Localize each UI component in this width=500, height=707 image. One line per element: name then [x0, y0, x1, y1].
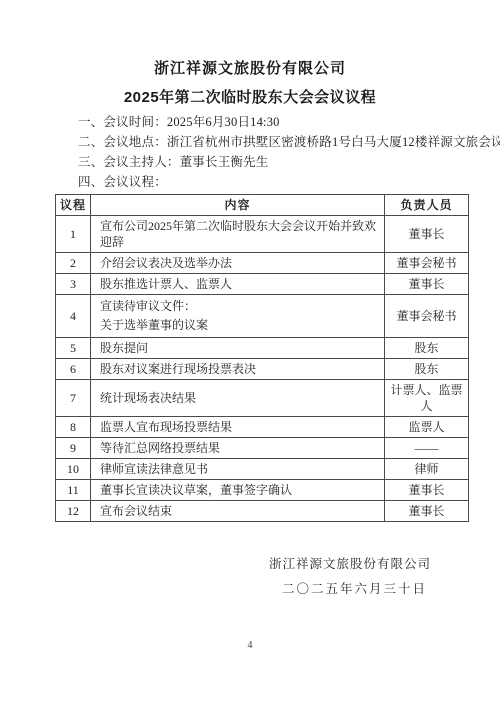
agenda-no: 8 — [56, 417, 91, 438]
agenda-owner: 董事长 — [385, 274, 469, 295]
agenda-no: 10 — [56, 459, 91, 480]
agenda-no: 12 — [56, 501, 91, 522]
agenda-owner: 董事长 — [385, 480, 469, 501]
agenda-content: 介绍会议表决及选举办法 — [91, 253, 385, 274]
agenda-no: 9 — [56, 438, 91, 459]
agenda-content: 宣布公司2025年第二次临时股东大会会议开始并致欢迎辞 — [91, 216, 385, 253]
signature-block: 浙江祥源文旅股份有限公司 二〇二五年六月三十日 — [53, 552, 447, 602]
table-row: 12 宣布会议结束 董事长 — [56, 501, 469, 522]
agenda-owner: 股东 — [385, 359, 469, 380]
agenda-content: 等待汇总网络投票结果 — [91, 438, 385, 459]
meeting-agenda-label: 四、会议议程： — [78, 172, 447, 192]
table-row: 2 介绍会议表决及选举办法 董事会秘书 — [56, 253, 469, 274]
signature-company: 浙江祥源文旅股份有限公司 — [53, 552, 431, 577]
table-row: 6 股东对议案进行现场投票表决 股东 — [56, 359, 469, 380]
meeting-info-list: 一、会议时间：2025年6月30日14:30 二、会议地点：浙江省杭州市拱墅区密… — [78, 112, 447, 192]
header-owner: 负责人员 — [385, 195, 469, 216]
agenda-content: 统计现场表决结果 — [91, 380, 385, 417]
table-row: 3 股东推选计票人、监票人 董事长 — [56, 274, 469, 295]
table-row: 7 统计现场表决结果 计票人、监票人 — [56, 380, 469, 417]
agenda-content: 监票人宣布现场投票结果 — [91, 417, 385, 438]
agenda-content: 宣布会议结束 — [91, 501, 385, 522]
agenda-no: 1 — [56, 216, 91, 253]
agenda-content: 宣读待审议文件： 关于选举董事的议案 — [91, 295, 385, 338]
agenda-no: 6 — [56, 359, 91, 380]
header-content: 内容 — [91, 195, 385, 216]
agenda-owner: 律师 — [385, 459, 469, 480]
table-row: 5 股东提问 股东 — [56, 338, 469, 359]
company-title: 浙江祥源文旅股份有限公司 — [53, 58, 447, 80]
agenda-content: 股东对议案进行现场投票表决 — [91, 359, 385, 380]
agenda-owner: 董事长 — [385, 501, 469, 522]
meeting-location: 二、会议地点：浙江省杭州市拱墅区密渡桥路1号白马大厦12楼祥源文旅会议室 — [78, 132, 447, 152]
agenda-content-line: 宣读待审议文件： — [100, 297, 380, 316]
agenda-no: 7 — [56, 380, 91, 417]
document-page: 浙江祥源文旅股份有限公司 2025年第二次临时股东大会会议议程 一、会议时间：2… — [0, 0, 500, 707]
signature-date: 二〇二五年六月三十日 — [53, 577, 431, 602]
meeting-host: 三、会议主持人：董事长王衡先生 — [78, 152, 447, 172]
header-agenda-no: 议程 — [56, 195, 91, 216]
table-row: 8 监票人宣布现场投票结果 监票人 — [56, 417, 469, 438]
agenda-owner: 董事会秘书 — [385, 253, 469, 274]
agenda-content: 董事长宣读决议草案，董事签字确认 — [91, 480, 385, 501]
page-number: 4 — [0, 640, 500, 651]
table-row: 9 等待汇总网络投票结果 —— — [56, 438, 469, 459]
table-row: 11 董事长宣读决议草案，董事签字确认 董事长 — [56, 480, 469, 501]
agenda-owner: 董事会秘书 — [385, 295, 469, 338]
table-row: 10 律师宣读法律意见书 律师 — [56, 459, 469, 480]
agenda-owner: 计票人、监票人 — [385, 380, 469, 417]
agenda-owner: 董事长 — [385, 216, 469, 253]
agenda-no: 2 — [56, 253, 91, 274]
table-header-row: 议程 内容 负责人员 — [56, 195, 469, 216]
agenda-content: 股东提问 — [91, 338, 385, 359]
agenda-owner: —— — [385, 438, 469, 459]
meeting-time: 一、会议时间：2025年6月30日14:30 — [78, 112, 447, 132]
agenda-owner: 股东 — [385, 338, 469, 359]
agenda-no: 11 — [56, 480, 91, 501]
agenda-table: 议程 内容 负责人员 1 宣布公司2025年第二次临时股东大会会议开始并致欢迎辞… — [55, 194, 469, 522]
agenda-no: 4 — [56, 295, 91, 338]
agenda-content: 股东推选计票人、监票人 — [91, 274, 385, 295]
agenda-owner: 监票人 — [385, 417, 469, 438]
agenda-no: 5 — [56, 338, 91, 359]
meeting-title: 2025年第二次临时股东大会会议议程 — [53, 87, 447, 109]
agenda-content: 律师宣读法律意见书 — [91, 459, 385, 480]
agenda-no: 3 — [56, 274, 91, 295]
agenda-content-line: 关于选举董事的议案 — [100, 316, 380, 335]
table-row: 4 宣读待审议文件： 关于选举董事的议案 董事会秘书 — [56, 295, 469, 338]
table-row: 1 宣布公司2025年第二次临时股东大会会议开始并致欢迎辞 董事长 — [56, 216, 469, 253]
